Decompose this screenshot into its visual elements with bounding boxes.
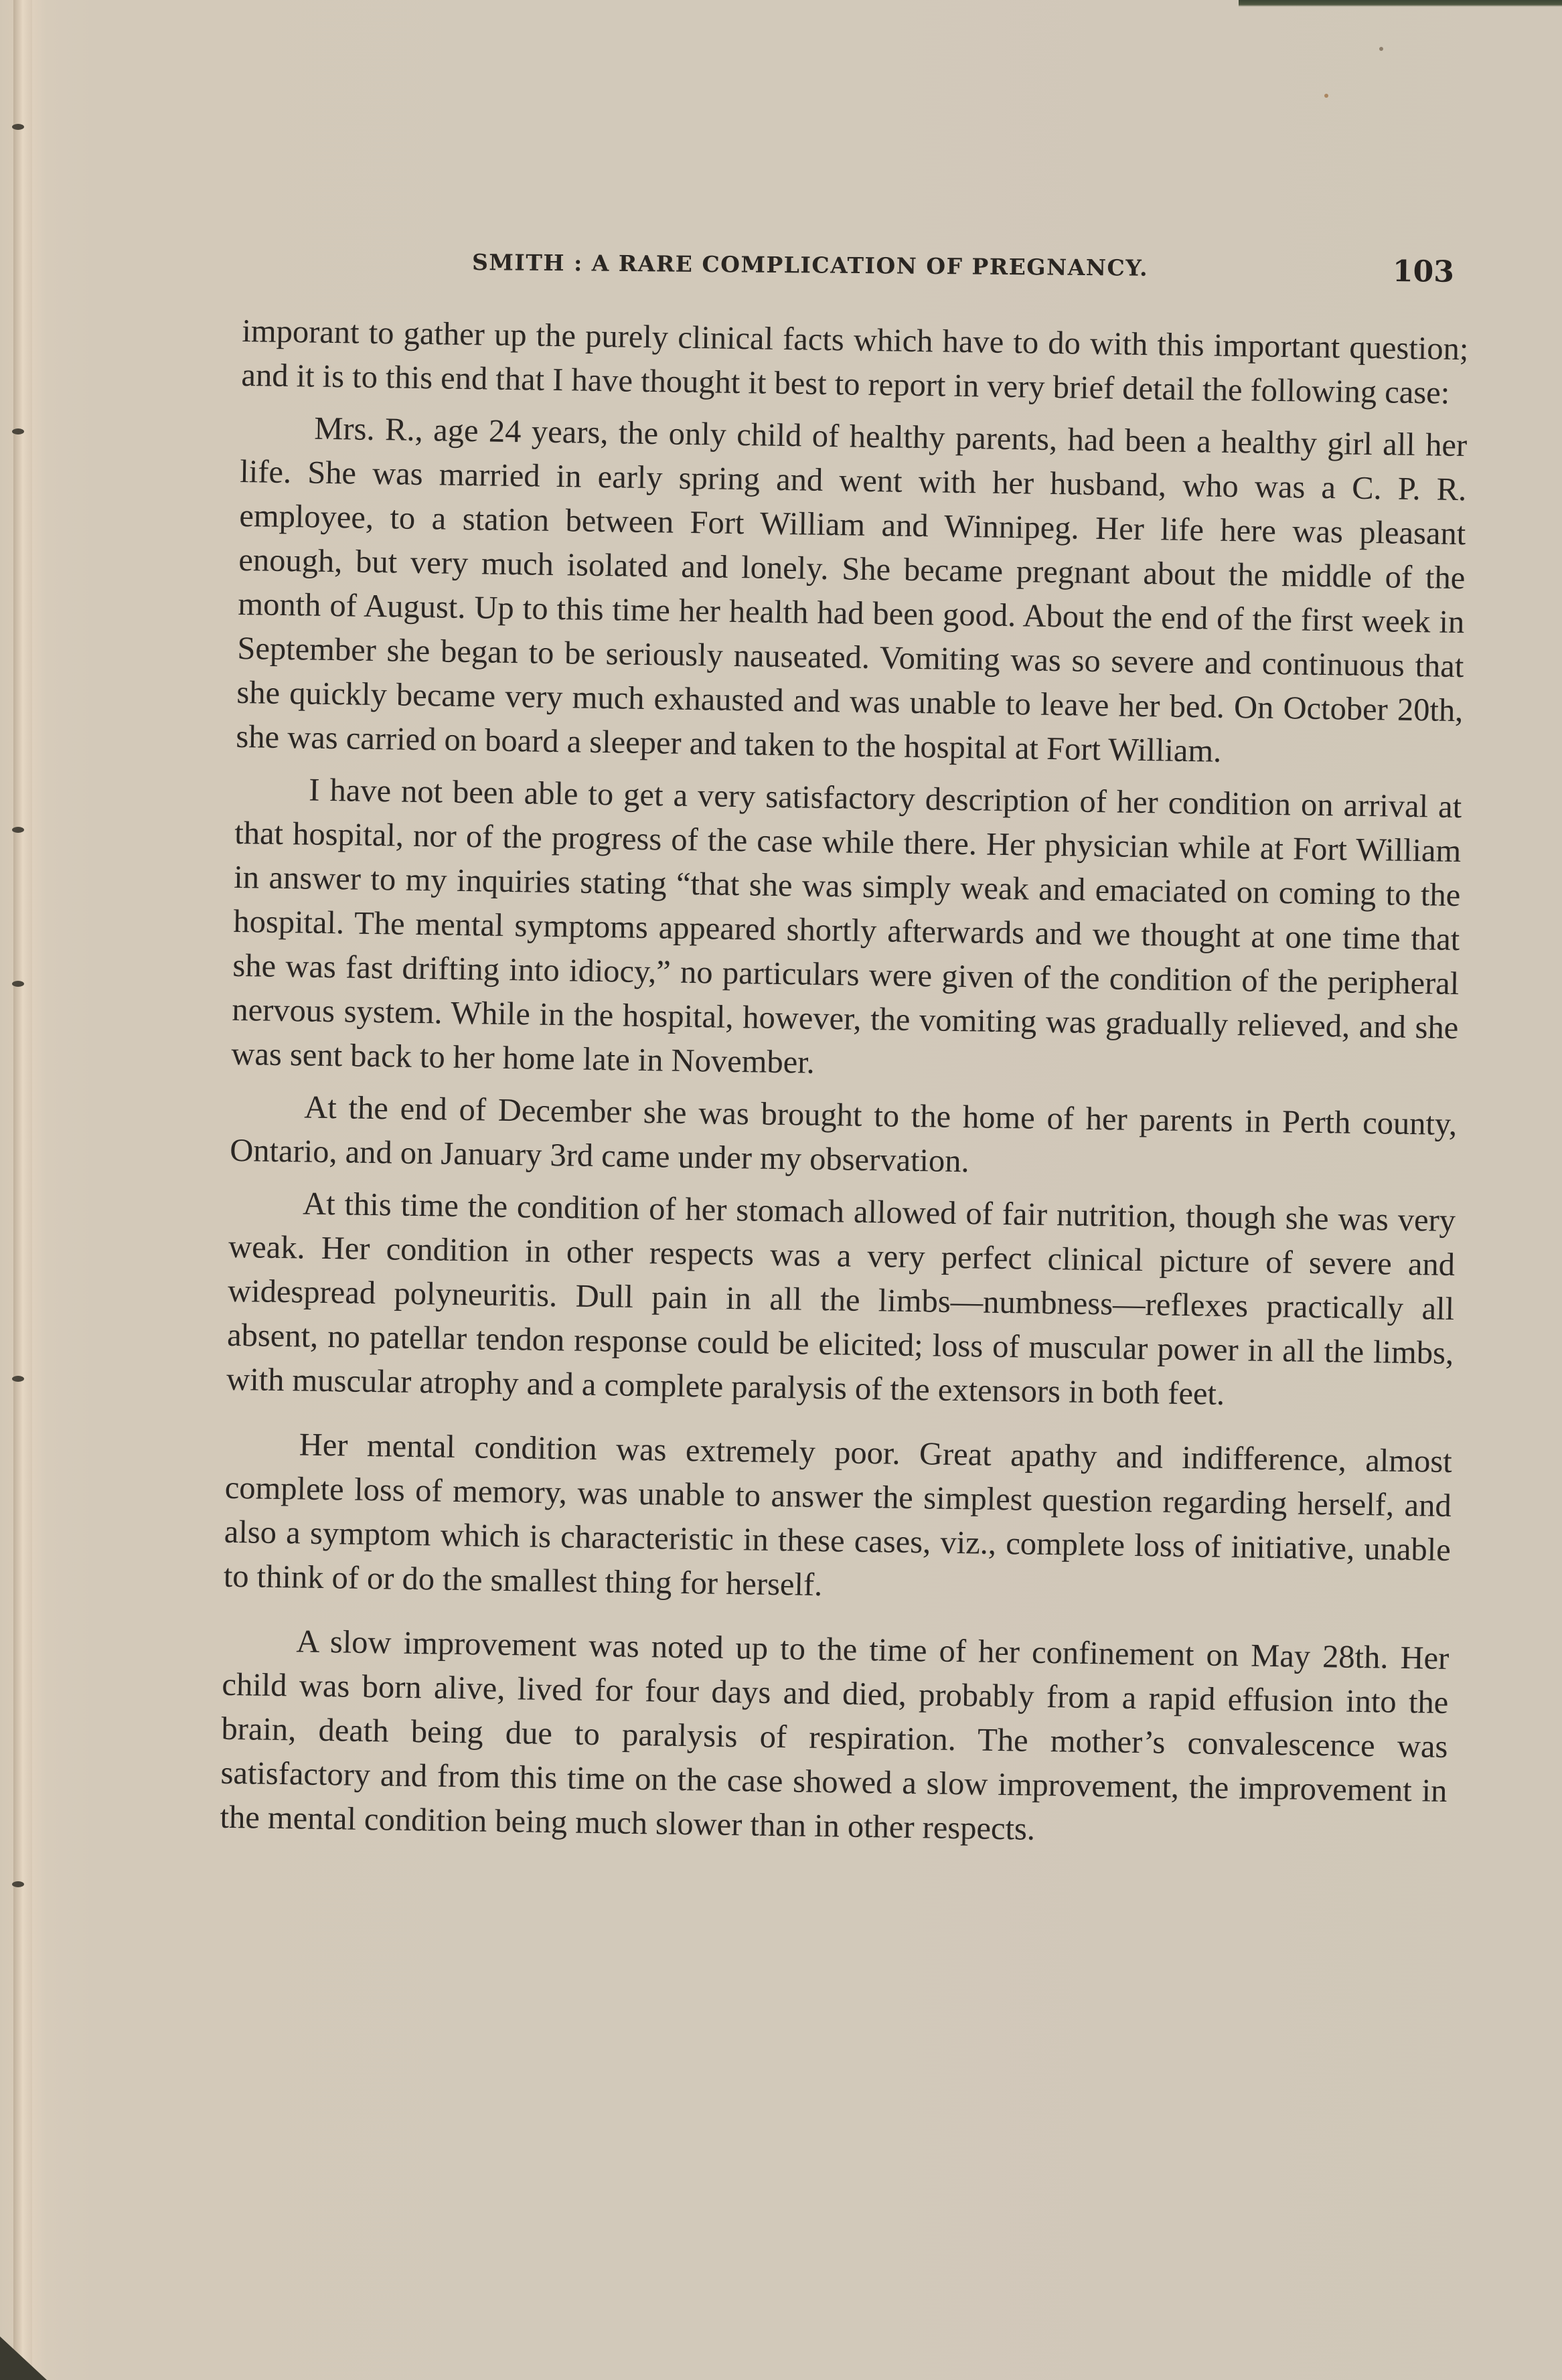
- paragraph-polyneuritis: At this time the condition of her stomac…: [226, 1181, 1456, 1420]
- paper-speck: [1324, 94, 1328, 98]
- paper-speck: [1379, 47, 1383, 51]
- paragraph-improvement: A slow improvement was noted up to the t…: [220, 1619, 1450, 1858]
- page-gutter-fold: [13, 0, 32, 2380]
- book-cover-edge: [1239, 0, 1562, 7]
- binding-mark: [12, 124, 24, 130]
- paragraph-observation: At the end of December she was brought t…: [230, 1085, 1458, 1191]
- binding-mark: [12, 827, 24, 833]
- running-title: SMITH : A RARE COMPLICATION OF PREGNANCY…: [472, 249, 1148, 281]
- paragraph-case-history: Mrs. R., age 24 years, the only child of…: [236, 406, 1468, 777]
- binding-mark: [12, 1376, 24, 1382]
- binding-mark: [12, 981, 24, 987]
- paragraph-mental-condition: Her mental condition was extremely poor.…: [223, 1422, 1452, 1617]
- paragraph-hospital-report: I have not been able to get a very satis…: [231, 767, 1462, 1095]
- page-corner-shadow: [0, 2336, 47, 2380]
- paragraph-intro-continuation: imporant to gather up the purely clinica…: [241, 309, 1469, 416]
- running-header: SMITH : A RARE COMPLICATION OF PREGNANCY…: [472, 242, 1457, 298]
- binding-mark: [12, 1881, 24, 1887]
- scanned-page: SMITH : A RARE COMPLICATION OF PREGNANCY…: [0, 0, 1562, 2380]
- binding-mark: [12, 428, 24, 434]
- body-text: imporant to gather up the purely clinica…: [220, 309, 1469, 1858]
- page-number: 103: [1393, 254, 1454, 289]
